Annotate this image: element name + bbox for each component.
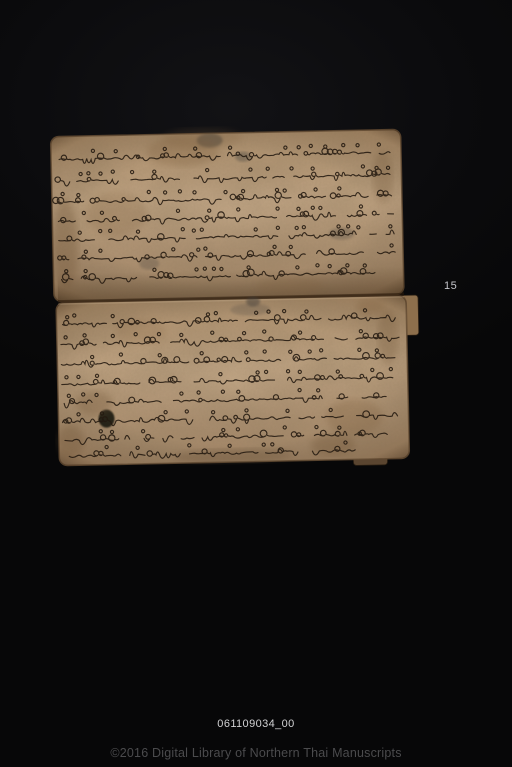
copyright-label: ©2016 Digital Library of Northern Thai M… [0,746,512,760]
image-id-label: 061109034_00 [0,718,512,730]
folio-number-label: 15 [444,280,457,292]
manuscript-leaves [50,124,421,472]
photo-stage: 15 061109034_00 ©2016 Digital Library of… [0,0,512,767]
manuscript-photo [0,0,512,767]
